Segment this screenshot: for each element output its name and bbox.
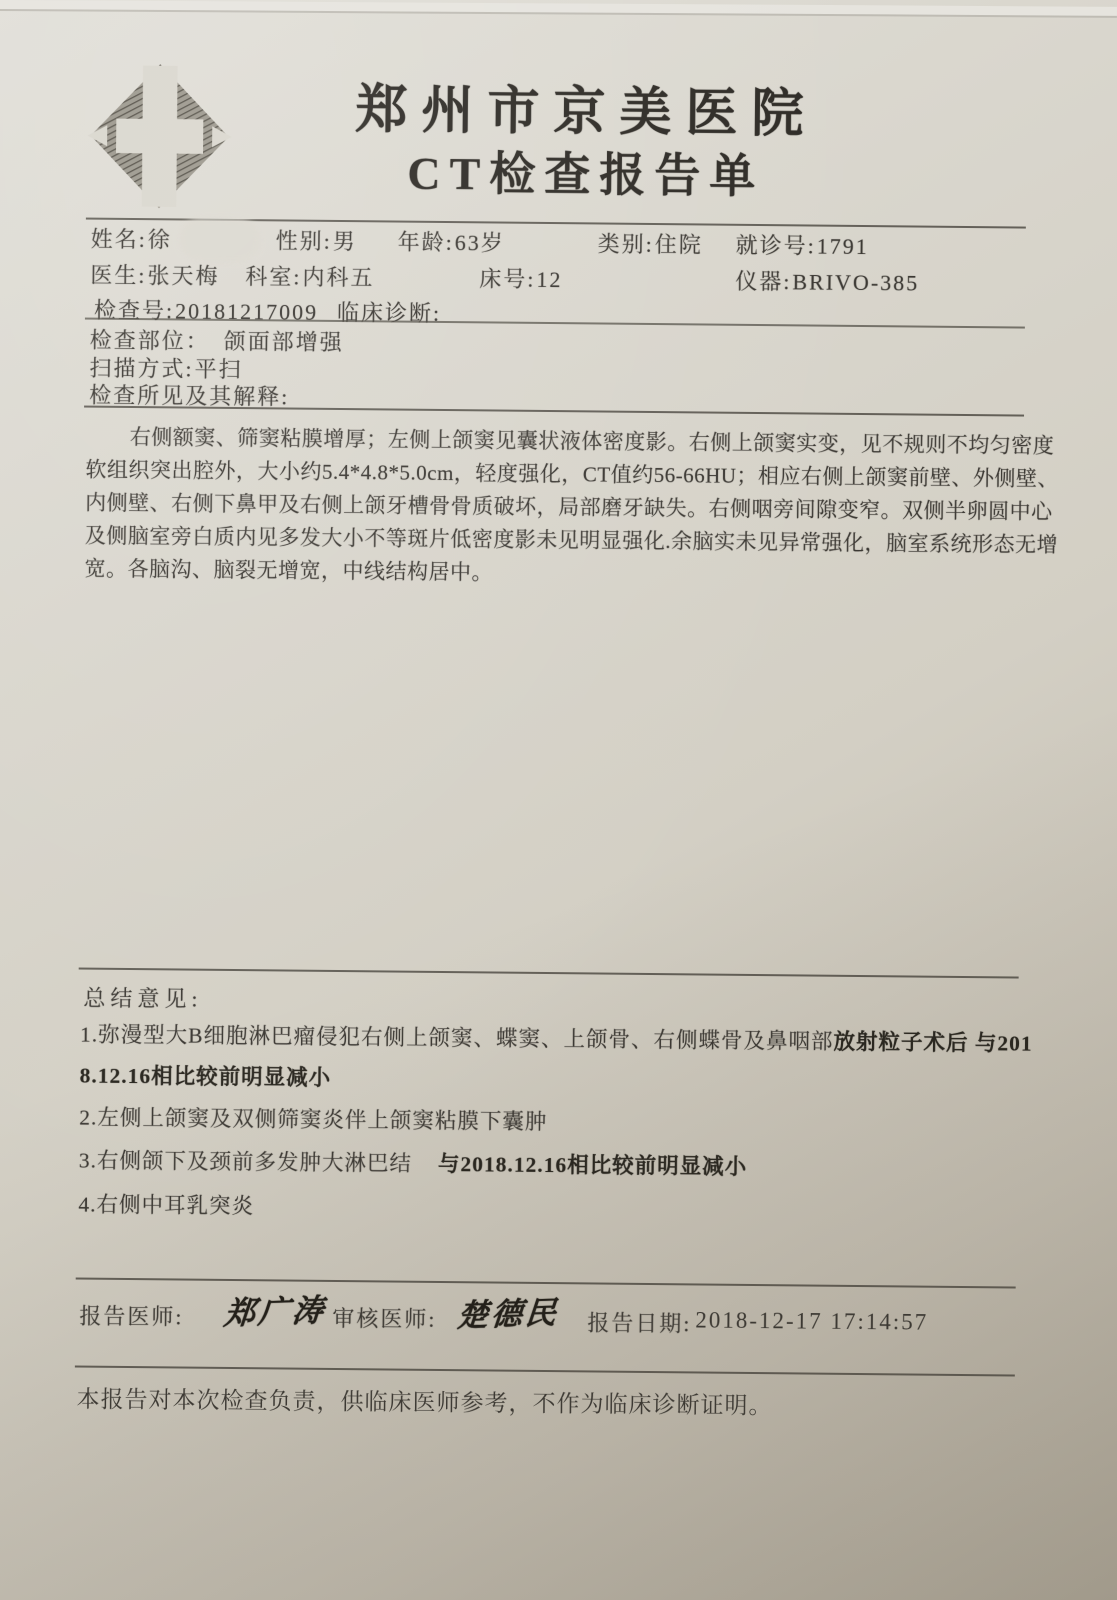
report-content: 郑州市京美医院 CT检查报告单 姓名:徐 性别:男 年龄:63岁 类别:住院 就…	[0, 0, 1117, 1600]
summary-item-4: 4.右侧中耳乳突炎	[78, 1188, 254, 1221]
reporter-signature: 郑广涛	[222, 1285, 328, 1334]
field-patient-name: 姓名:徐	[91, 223, 172, 255]
field-department: 科室:内科五	[245, 260, 374, 292]
report-date-label: 报告日期:	[587, 1306, 691, 1338]
report-title: CT检查报告单	[178, 134, 994, 208]
field-age: 年龄:63岁	[398, 226, 505, 258]
divider-summary	[79, 968, 1019, 979]
footer-disclaimer: 本报告对本次检查负责，供临床医师参考，不作为临床诊断证明。	[76, 1381, 772, 1421]
reviewer-signature: 楚德民	[455, 1287, 561, 1336]
report-date-value: 2018-12-17 17:14:57	[695, 1307, 928, 1335]
reviewer-label: 审核医师:	[332, 1302, 436, 1334]
report-page: 郑州市京美医院 CT检查报告单 姓名:徐 性别:男 年龄:63岁 类别:住院 就…	[0, 0, 1117, 1600]
field-clinical-diagnosis: 临床诊断:	[337, 296, 442, 328]
field-exam-number: 检查号:20181217009	[94, 294, 318, 327]
reporter-label: 报告医师:	[79, 1300, 183, 1332]
divider-footer	[75, 1365, 1015, 1376]
divider-findings	[84, 406, 1024, 417]
findings-paragraph: 右侧额窦、筛窦粘膜增厚；左侧上颌窦见囊状液体密度影。右侧上颌窦实变，见不规则不均…	[84, 421, 1031, 595]
summary-item-1-continued: 8.12.16相比较前明显减小	[80, 1059, 332, 1092]
field-category: 类别:住院	[598, 227, 703, 259]
summary-item-1: 1.弥漫型大B细胞淋巴瘤侵犯右侧上颌窦、蝶窦、上颌骨、右侧蝶骨及鼻咽部放射粒子术…	[80, 1018, 1033, 1058]
summary-item-2: 2.左侧上颌窦及双侧筛窦炎伴上颌窦粘膜下囊肿	[79, 1101, 547, 1136]
name-redaction	[186, 225, 254, 256]
field-bed-number: 床号:12	[479, 262, 562, 294]
summary-item-3: 3.右侧颌下及颈前多发肿大淋巴结与2018.12.16相比较前明显减小	[79, 1144, 748, 1181]
field-doctor: 医生:张天梅	[90, 259, 219, 291]
field-device: 仪器:BRIVO-385	[735, 265, 919, 298]
summary-heading: 总结意见:	[83, 982, 202, 1014]
field-visit-number: 就诊号:1791	[736, 229, 869, 261]
field-gender: 性别:男	[276, 224, 357, 256]
